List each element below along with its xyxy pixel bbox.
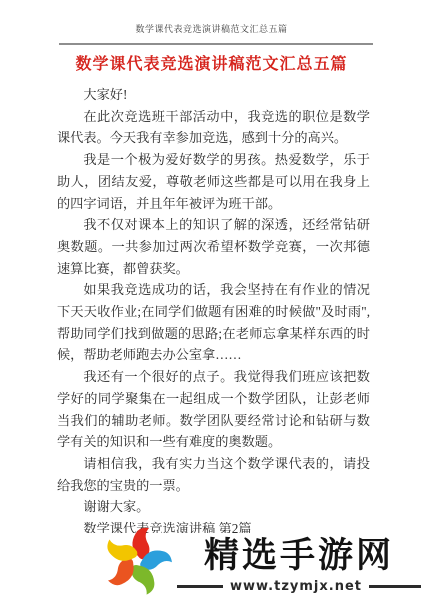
paragraph: 我还有一个很好的点子。我觉得我们班应该把数学好的同学聚集在一起组成一个数学团队，… (57, 366, 370, 453)
header-divider (59, 43, 373, 45)
paragraph: 我是一个极为爱好数学的男孩。热爱数学，乐于助人，团结友爱，尊敬老师这些都是可以用… (57, 149, 370, 214)
paragraph: 大家好! (57, 84, 370, 106)
paragraph: 在此次竞选班干部活动中，我竞选的职位是数学课代表。今天我有幸参加竞选，感到十分的… (57, 106, 370, 149)
page-title: 数学课代表竞选演讲稿范文汇总五篇 (0, 51, 423, 74)
site-name: 精选手游网 (204, 538, 394, 575)
dash-divider (369, 585, 421, 588)
document-body: 大家好! 在此次竞选班干部活动中，我竞选的职位是数学课代表。今天我有幸参加竞选，… (57, 84, 370, 540)
paragraph: 如果我竞选成功的话，我会坚持在有作业的情况下天天收作业;在同学们做题有困难的时候… (57, 279, 370, 366)
paragraph: 请相信我，我有实力当这个数学课代表的，请投给我您的宝贵的一票。 (57, 453, 370, 496)
site-watermark: 精选手游网 www.tzymjx.net (0, 533, 423, 600)
document-page: 数学课代表竞选演讲稿范文汇总五篇 数学课代表竞选演讲稿范文汇总五篇 大家好! 在… (0, 0, 423, 600)
site-url-row: www.tzymjx.net (177, 579, 421, 594)
site-url: www.tzymjx.net (230, 579, 362, 594)
dash-divider (177, 585, 223, 588)
pinwheel-logo-icon (99, 523, 175, 599)
paragraph: 我不仅对课本上的知识了解的深透，还经常钻研奥数题。一共参加过两次希望杯数学竞赛，… (57, 214, 370, 279)
running-header: 数学课代表竞选演讲稿范文汇总五篇 (0, 22, 423, 35)
paragraph: 谢谢大家。 (57, 496, 370, 518)
